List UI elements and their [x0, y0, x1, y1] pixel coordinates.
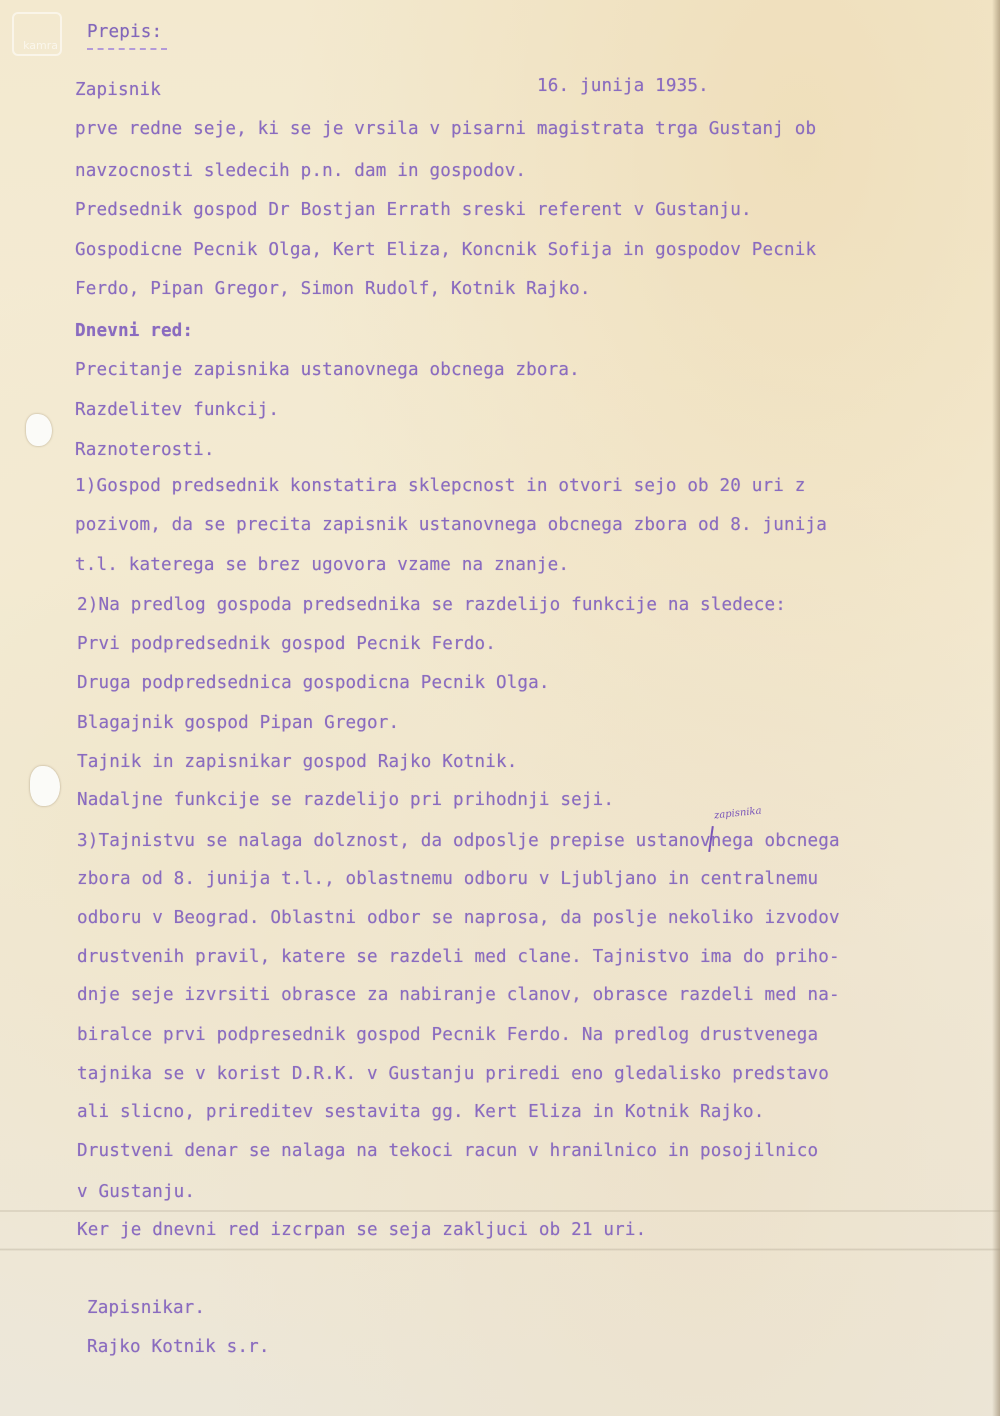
minutes-line: Prvi podpredsednik gospod Pecnik Ferdo. [77, 634, 496, 654]
agenda-item: Razdelitev funkcij. [75, 400, 279, 420]
paper-crease [0, 1210, 1000, 1212]
minutes-line: Drustveni denar se nalaga na tekoci racu… [77, 1141, 818, 1161]
minutes-line: Nadaljne funkcije se razdelijo pri priho… [77, 790, 614, 810]
minutes-closing-line: Ker je dnevni red izcrpan se seja zaklju… [77, 1220, 646, 1240]
title-label: Zapisnik [75, 80, 161, 100]
minutes-line: drustvenih pravil, katere se razdeli med… [77, 947, 840, 967]
attendance-line: Gospodicne Pecnik Olga, Kert Eliza, Konc… [75, 240, 816, 260]
minutes-line: Blagajnik gospod Pipan Gregor. [77, 713, 399, 733]
minutes-line: t.l. katerega se brez ugovora vzame na z… [75, 555, 569, 575]
attendance-line: Ferdo, Pipan Gregor, Simon Rudolf, Kotni… [75, 279, 591, 299]
agenda-item: Precitanje zapisnika ustanovnega obcnega… [75, 360, 580, 380]
minutes-line: 2)Na predlog gospoda predsednika se razd… [77, 595, 786, 615]
intro-line: prve redne seje, ki se je vrsila v pisar… [75, 119, 816, 139]
minutes-line: Druga podpredsednica gospodicna Pecnik O… [77, 673, 550, 693]
signature-name: Rajko Kotnik s.r. [87, 1337, 270, 1357]
signature-role: Zapisnikar. [87, 1298, 205, 1318]
document-header: Prepis: [87, 22, 162, 42]
agenda-item: Raznoterosti. [75, 440, 215, 460]
agenda-heading: Dnevni red: [75, 321, 193, 341]
document-date: 16. junija 1935. [537, 76, 709, 96]
attendance-line: Predsednik gospod Dr Bostjan Errath sres… [75, 200, 752, 220]
minutes-line: 3)Tajnistvu se nalaga dolznost, da odpos… [77, 831, 840, 851]
intro-line: navzocnosti sledecih p.n. dam in gospodo… [75, 161, 526, 181]
minutes-line: ali slicno, prireditev sestavita gg. Ker… [77, 1102, 765, 1122]
paper-fold [0, 1248, 1000, 1251]
minutes-line: dnje seje izvrsiti obrasce za nabiranje … [77, 985, 840, 1005]
header-underline [87, 48, 167, 52]
punch-hole-top [26, 414, 52, 446]
punch-hole-bottom [30, 766, 60, 806]
minutes-line: 1)Gospod predsednik konstatira sklepcnos… [75, 476, 805, 496]
minutes-line: v Gustanju. [77, 1182, 195, 1202]
paper-edge-shadow [992, 0, 1000, 1416]
minutes-line: zbora od 8. junija t.l., oblastnemu odbo… [77, 869, 818, 889]
minutes-line: pozivom, da se precita zapisnik ustanovn… [75, 515, 827, 535]
minutes-line: odboru v Beograd. Oblastni odbor se napr… [77, 908, 840, 928]
minutes-line: tajnika se v korist D.R.K. v Gustanju pr… [77, 1064, 829, 1084]
kamra-watermark-logo: kamra [12, 12, 62, 56]
minutes-line: Tajnik in zapisnikar gospod Rajko Kotnik… [77, 752, 517, 772]
minutes-line: biralce prvi podpresednik gospod Pecnik … [77, 1025, 818, 1045]
